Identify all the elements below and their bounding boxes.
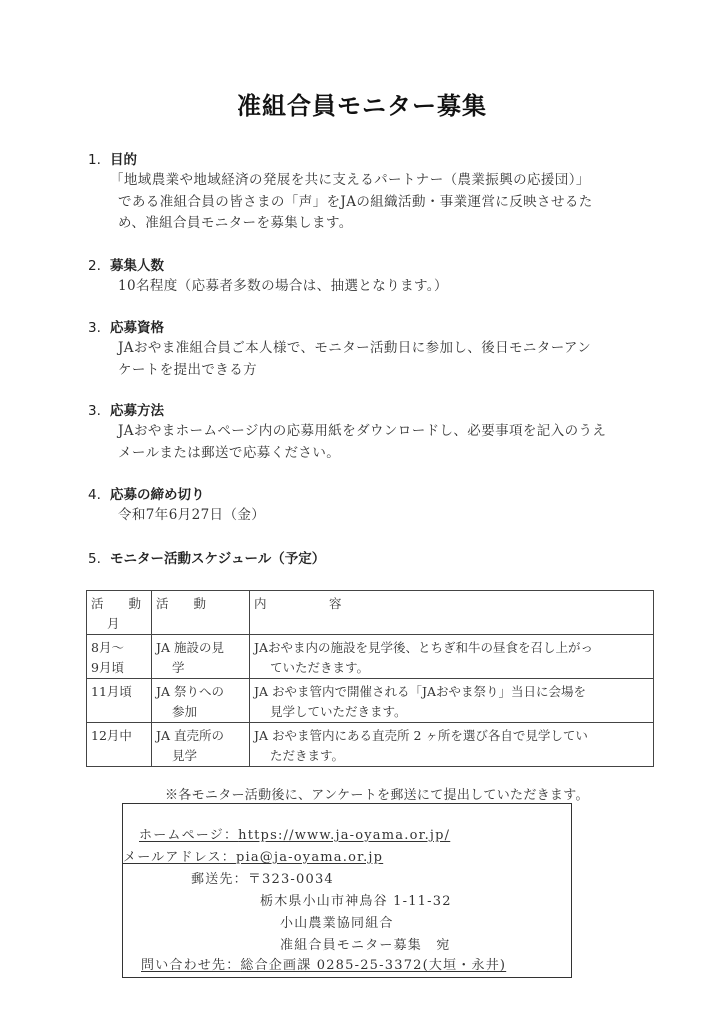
homepage-link[interactable]: https://www.ja-oyama.or.jp/	[238, 828, 450, 843]
cell-activity: JA 直売所の 見学	[152, 723, 250, 767]
cell-text: JA 施設の見	[156, 638, 245, 658]
section-heading: 3.応募資格	[88, 318, 591, 338]
section-deadline: 4.応募の締め切り 令和7年6月27日（金）	[88, 485, 265, 527]
inquiry-line: 問い合わせ先：総合企画課 0285-25-3372(大垣・永井)	[141, 957, 506, 975]
cell-text: JA おやま管内で開催される「JAおやま祭り」当日に会場を	[254, 682, 649, 702]
cell-text: 9月頃	[91, 658, 147, 678]
header-activity: 活 動	[152, 591, 250, 635]
postal-code: 〒323-0034	[248, 872, 334, 887]
section-body: 10名程度（応募者多数の場合は、抽選となります。）	[88, 276, 448, 298]
cell-activity: JA 施設の見 学	[152, 635, 250, 679]
section-body: JAおやまホームページ内の応募用紙をダウンロードし、必要事項を記入のうえ メール…	[88, 421, 606, 464]
section-title: 応募資格	[110, 320, 164, 336]
section-heading: 1.目的	[88, 150, 593, 170]
header-text: 月	[91, 614, 147, 634]
cell-text: ただきます。	[254, 746, 649, 766]
section-heading: 3.応募方法	[88, 401, 606, 421]
section-title: 応募方法	[110, 403, 164, 419]
cell-text: JA 祭りへの	[156, 682, 245, 702]
cell-month: 11月頃	[87, 679, 152, 723]
body-line: 令和7年6月27日（金）	[118, 505, 265, 527]
postal-line: 郵送先：〒323-0034	[191, 871, 334, 889]
address-line: 栃木県小山市神鳥谷 1-11-32	[260, 893, 452, 911]
body-line: メールまたは郵送で応募ください。	[118, 443, 606, 465]
section-number: 4.	[88, 485, 110, 505]
recipient-line: 准組合員モニター募集 宛	[280, 937, 450, 955]
organization-line: 小山農業協同組合	[280, 915, 394, 933]
body-line: 「地域農業や地域経済の発展を共に支えるパートナー（農業振興の応援団）」	[110, 170, 593, 192]
body-line: 10名程度（応募者多数の場合は、抽選となります。）	[118, 276, 448, 298]
section-heading: 2.募集人数	[88, 256, 448, 276]
section-number: 5.	[88, 549, 110, 569]
cell-text: 参加	[156, 702, 245, 722]
section-schedule: 5.モニター活動スケジュール（予定）	[88, 549, 325, 569]
cell-text: JA 直売所の	[156, 726, 245, 746]
header-text: 内 容	[254, 594, 649, 614]
cell-month: 8月～ 9月頃	[87, 635, 152, 679]
section-body: JAおやま准組合員ご本人様で、モニター活動日に参加し、後日モニターアン ケートを…	[88, 338, 591, 381]
body-line: め、准組合員モニターを募集します。	[118, 213, 593, 235]
cell-text: 学	[156, 658, 245, 678]
homepage-line: ホームページ：https://www.ja-oyama.or.jp/	[139, 827, 450, 845]
section-eligibility: 3.応募資格 JAおやま准組合員ご本人様で、モニター活動日に参加し、後日モニター…	[88, 318, 591, 381]
section-purpose: 1.目的 「地域農業や地域経済の発展を共に支えるパートナー（農業振興の応援団）」…	[88, 150, 593, 235]
email-line: メールアドレス：pia@ja-oyama.or.jp	[123, 849, 383, 867]
cell-content: JA おやま管内にある直売所 2 ヶ所を選び各自で見学してい ただきます。	[250, 723, 654, 767]
cell-activity: JA 祭りへの 参加	[152, 679, 250, 723]
section-title: モニター活動スケジュール（予定）	[110, 551, 325, 567]
section-number: 2.	[88, 256, 110, 276]
cell-text: 見学	[156, 746, 245, 766]
header-text: 活 動	[91, 594, 147, 614]
section-number: 3.	[88, 318, 110, 338]
header-content: 内 容	[250, 591, 654, 635]
survey-note: ※各モニター活動後に、アンケートを郵送にて提出していただきます。	[165, 784, 589, 803]
email-label: メールアドレス：	[123, 850, 236, 865]
cell-text: 8月～	[91, 638, 147, 658]
section-heading: 5.モニター活動スケジュール（予定）	[88, 549, 325, 569]
body-line: である准組合員の皆さまの「声」をJAの組織活動・事業運営に反映させるた	[118, 192, 593, 214]
body-line: JAおやま准組合員ご本人様で、モニター活動日に参加し、後日モニターアン	[118, 338, 591, 360]
section-title: 応募の締め切り	[110, 487, 205, 503]
header-month: 活 動 月	[87, 591, 152, 635]
cell-text: 11月頃	[91, 682, 147, 702]
section-recruitment-count: 2.募集人数 10名程度（応募者多数の場合は、抽選となります。）	[88, 256, 448, 298]
table-header-row: 活 動 月 活 動 内 容	[87, 591, 654, 635]
document-title: 准組合員モニター募集	[0, 86, 724, 121]
cell-text: ていただきます。	[254, 658, 649, 678]
inquiry-value: 総合企画課 0285-25-3372(大垣・永井)	[240, 958, 506, 973]
contact-box: ホームページ：https://www.ja-oyama.or.jp/ メールアド…	[122, 803, 572, 978]
inquiry-label: 問い合わせ先：	[141, 958, 240, 973]
cell-text: JA おやま管内にある直売所 2 ヶ所を選び各自で見学してい	[254, 726, 649, 746]
section-body: 「地域農業や地域経済の発展を共に支えるパートナー（農業振興の応援団）」 である准…	[88, 170, 593, 235]
cell-text: 見学していただきます。	[254, 702, 649, 722]
table-row: 8月～ 9月頃 JA 施設の見 学 JAおやま内の施設を見学後、とちぎ和牛の昼食…	[87, 635, 654, 679]
section-number: 3.	[88, 401, 110, 421]
section-number: 1.	[88, 150, 110, 170]
body-line: JAおやまホームページ内の応募用紙をダウンロードし、必要事項を記入のうえ	[118, 421, 606, 443]
cell-text: 12月中	[91, 726, 147, 746]
table-row: 11月頃 JA 祭りへの 参加 JA おやま管内で開催される「JAおやま祭り」当…	[87, 679, 654, 723]
section-body: 令和7年6月27日（金）	[88, 505, 265, 527]
body-line: ケートを提出できる方	[118, 360, 591, 382]
section-heading: 4.応募の締め切り	[88, 485, 265, 505]
schedule-table: 活 動 月 活 動 内 容 8月～ 9月頃 JA 施設の見 学 JAおやま内の施…	[86, 590, 654, 767]
cell-text: JAおやま内の施設を見学後、とちぎ和牛の昼食を召し上がっ	[254, 638, 649, 658]
header-text: 活 動	[156, 594, 245, 614]
section-title: 目的	[110, 152, 137, 168]
cell-content: JAおやま内の施設を見学後、とちぎ和牛の昼食を召し上がっ ていただきます。	[250, 635, 654, 679]
section-application-method: 3.応募方法 JAおやまホームページ内の応募用紙をダウンロードし、必要事項を記入…	[88, 401, 606, 464]
table-row: 12月中 JA 直売所の 見学 JA おやま管内にある直売所 2 ヶ所を選び各自…	[87, 723, 654, 767]
cell-content: JA おやま管内で開催される「JAおやま祭り」当日に会場を 見学していただきます…	[250, 679, 654, 723]
cell-month: 12月中	[87, 723, 152, 767]
homepage-label: ホームページ：	[139, 828, 238, 843]
postal-label: 郵送先：	[191, 872, 248, 887]
email-link[interactable]: pia@ja-oyama.or.jp	[236, 850, 383, 865]
section-title: 募集人数	[110, 258, 164, 274]
